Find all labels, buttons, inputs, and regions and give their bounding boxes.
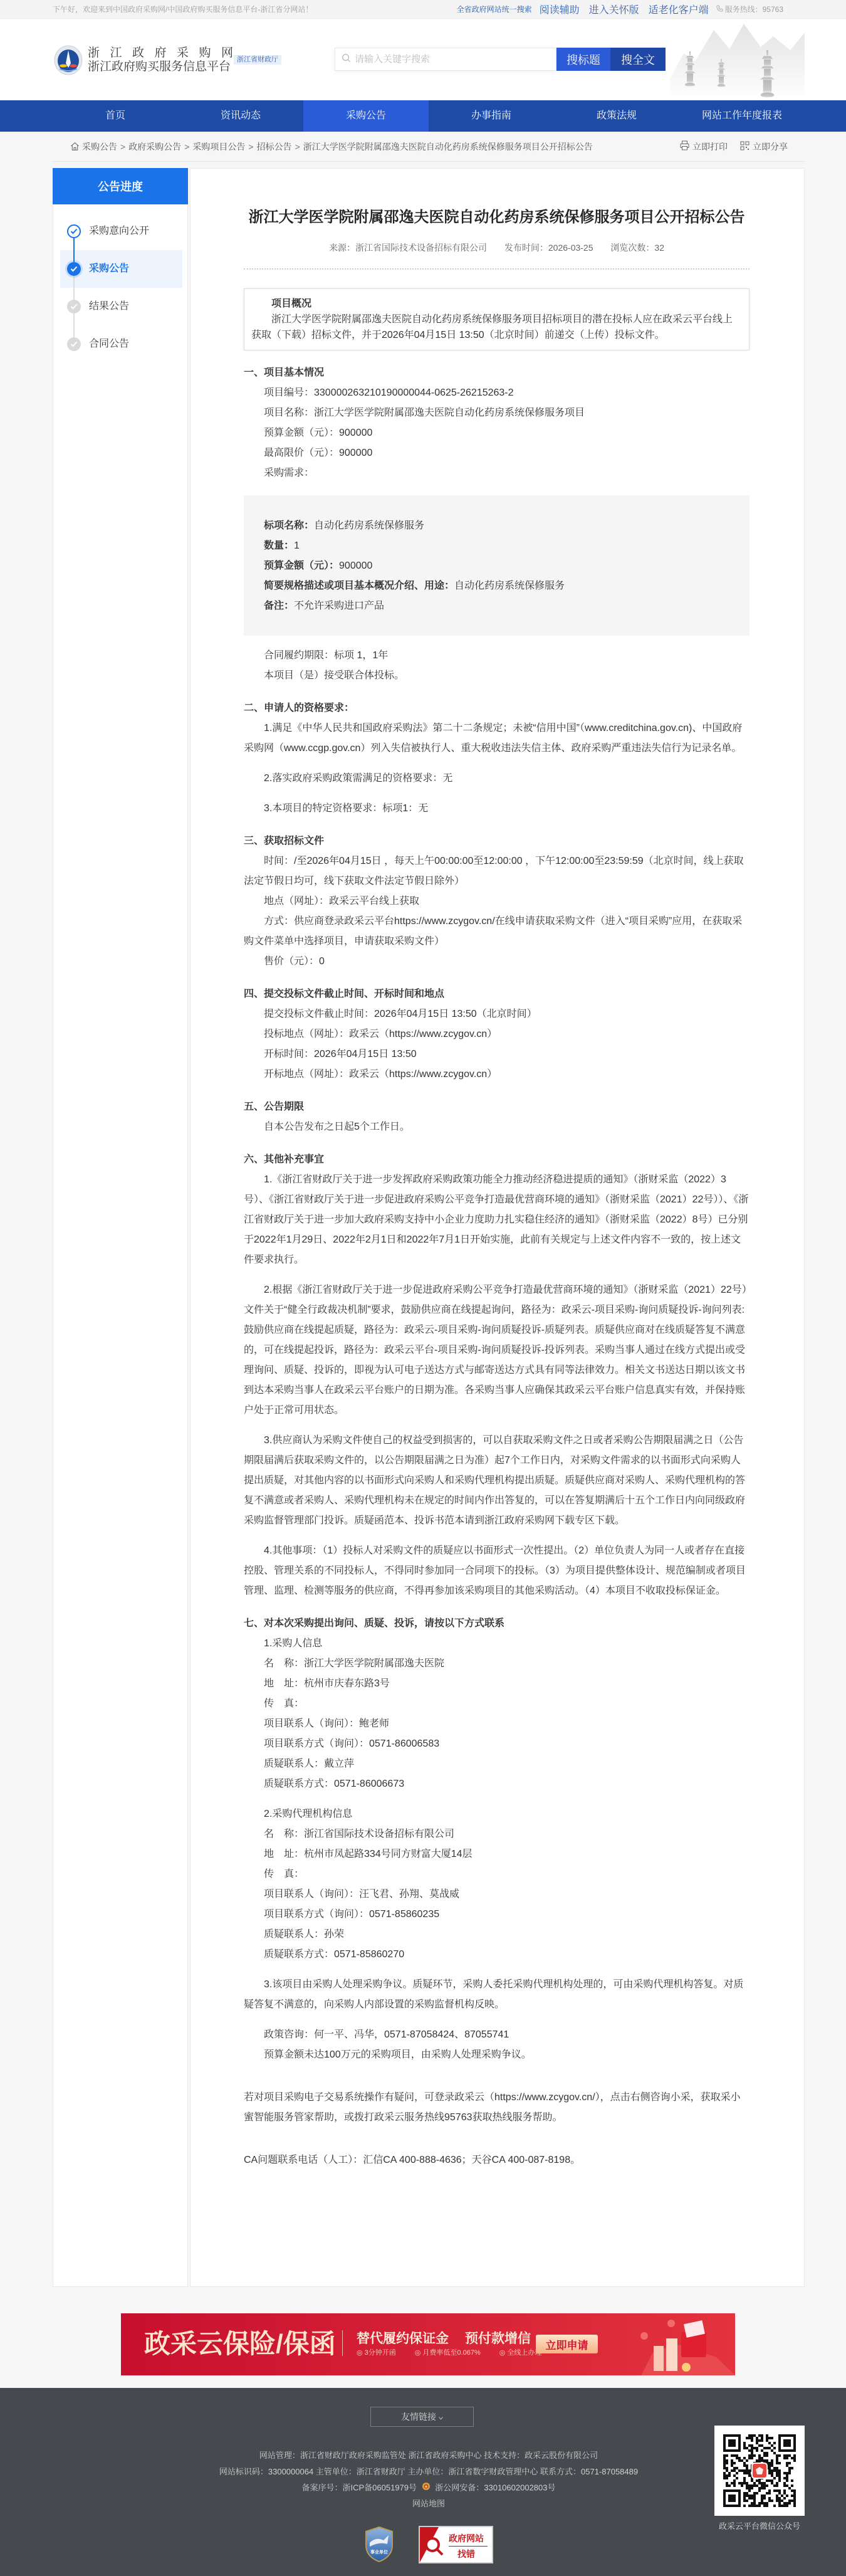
banner-slogan: 替代履约保证金 bbox=[357, 2332, 449, 2346]
breadcrumb-current: 浙江大学医学院附属邵逸夫医院自动化药房系统保修服务项目公开招标公告 bbox=[303, 140, 593, 153]
police-badge-icon bbox=[422, 2481, 431, 2495]
gov-site-error-report-badge[interactable]: 政府网站 找错 bbox=[419, 2526, 493, 2563]
breadcrumb-bar: 采购公告 > 政府采购公告 > 采购项目公告 > 招标公告 > 浙江大学医学院附… bbox=[0, 132, 846, 162]
banner-slogans: 替代履约保证金预付款增信 bbox=[357, 2331, 547, 2347]
paragraph: 2.落实政府采购政策需满足的资格要求：无 bbox=[244, 769, 749, 789]
main-nav: 首页 资讯动态 采购公告 办事指南 政策法规 网站工作年度报表 bbox=[0, 100, 846, 132]
paragraph: 开标时间：2026年04月15日 13:50 bbox=[244, 1044, 749, 1065]
check-circle-icon bbox=[67, 300, 81, 313]
view-count: 浏览次数：32 bbox=[610, 243, 664, 253]
site-footer: 友情链接 网站管理：浙江省财政厅政府采购监管处 浙江省政府采购中心 技术支持：政… bbox=[0, 2388, 846, 2576]
paragraph: 质疑联系人：戴立萍 bbox=[244, 1754, 749, 1774]
step-label: 合同公告 bbox=[89, 325, 129, 363]
requirement-row: 预算金额（元）：900000 bbox=[264, 556, 729, 576]
procurement-requirement-box: 标项名称：自动化药房系统保修服务数量：1预算金额（元）：900000简要规格描述… bbox=[244, 495, 749, 636]
paragraph: 质疑联系方式：0571-86006673 bbox=[244, 1774, 749, 1794]
step-connector bbox=[73, 313, 75, 337]
banner-features: ◎ 3分钟开函◎ 月费率低至0.067%◎ 全线上办理 bbox=[357, 2348, 560, 2357]
magnifier-icon bbox=[420, 2527, 447, 2562]
home-icon[interactable] bbox=[70, 142, 80, 151]
error-badge-line2: 找错 bbox=[457, 2548, 475, 2560]
nav-procurement-notices[interactable]: 采购公告 bbox=[303, 100, 429, 132]
paragraph: 项目联系方式（询问）：0571-85860235 bbox=[244, 1905, 749, 1925]
paragraph: 3.本项目的特定资格要求：标项1：无 bbox=[244, 799, 749, 819]
paragraph: CA问题联系电话（人工）：汇信CA 400-888-4636；天谷CA 400-… bbox=[244, 2150, 749, 2170]
breadcrumb-gov-procurement[interactable]: 政府采购公告 bbox=[128, 140, 181, 153]
site-header: 浙江政府采购网 浙江政府购买服务信息平台 浙江省财政厅 搜标题 搜全文 bbox=[0, 19, 846, 100]
paragraph: 传 真： bbox=[244, 1694, 749, 1714]
paragraph: 项目名称：浙江大学医学院附属邵逸夫医院自动化药房系统保修服务项目 bbox=[244, 403, 749, 423]
page-tools: 立即打印 立即分享 bbox=[680, 132, 788, 161]
share-label: 立即分享 bbox=[753, 140, 788, 153]
paragraph: 1.采购人信息 bbox=[244, 1634, 749, 1654]
breadcrumb-procurement-notices[interactable]: 采购公告 bbox=[82, 140, 117, 153]
qr-code-icon bbox=[723, 2434, 796, 2507]
insurance-guarantee-banner[interactable]: 政采云保险/保函 替代履约保证金预付款增信 ◎ 3分钟开函◎ 月费率低至0.06… bbox=[121, 2313, 735, 2375]
progress-steps: 采购意向公开 采购公告 结果公告 合同公告 bbox=[53, 204, 187, 363]
icp-link[interactable]: 备案序号：浙ICP备06051979号 bbox=[302, 2483, 417, 2492]
paragraph: 最高限价（元）：900000 bbox=[244, 443, 749, 463]
paragraph: 采购需求： bbox=[244, 463, 749, 483]
step-contract-notice[interactable]: 合同公告 bbox=[60, 325, 182, 363]
qr-label: 政采云平台微信公众号 bbox=[714, 2520, 805, 2531]
paragraph: 名 称：浙江大学医学院附属邵逸夫医院 bbox=[244, 1654, 749, 1674]
top-bar: 下午好，欢迎来到中国政府采购网/中国政府购买服务信息平台-浙江省分网站！ 全省政… bbox=[0, 0, 846, 19]
hotline: 服务热线：95763 bbox=[716, 4, 783, 14]
banner-title: 政采云保险/保函 bbox=[144, 2328, 336, 2360]
province-search-link[interactable]: 全省政府网站统一搜索 bbox=[457, 4, 532, 14]
paragraph: 预算金额（元）：900000 bbox=[244, 423, 749, 443]
main-area: 公告进度 采购意向公开 采购公告 结果公告 合同公告 浙 bbox=[53, 168, 805, 2287]
paragraph: 售价（元）：0 bbox=[244, 952, 749, 972]
step-connector bbox=[73, 238, 75, 262]
notice-progress-sidebar: 公告进度 采购意向公开 采购公告 结果公告 合同公告 bbox=[53, 168, 188, 2287]
search-title-button[interactable]: 搜标题 bbox=[556, 48, 610, 71]
search-box bbox=[335, 48, 556, 71]
dotted-divider bbox=[244, 268, 749, 270]
paragraph: 名 称：浙江省国际技术设备招标有限公司 bbox=[244, 1824, 749, 1844]
nav-annual-report[interactable]: 网站工作年度报表 bbox=[679, 100, 805, 132]
sitemap-link[interactable]: 网站地图 bbox=[412, 2499, 445, 2508]
mountain-pagoda-decoration bbox=[670, 19, 805, 100]
logo-subtitle: 浙江政府购买服务信息平台 bbox=[88, 60, 244, 74]
nav-service-guide[interactable]: 办事指南 bbox=[429, 100, 554, 132]
paragraph: 自本公告发布之日起5个工作日。 bbox=[244, 1117, 749, 1137]
paragraph: 政策咨询：何一平、冯华，0571-87058424、87055741 bbox=[244, 2025, 749, 2045]
requirement-value: 自动化药房系统保修服务 bbox=[314, 520, 424, 531]
paragraph: 传 真： bbox=[244, 1864, 749, 1885]
paragraph: 地 址：杭州市庆春东路3号 bbox=[244, 1674, 749, 1694]
section-heading: 七、对本次采购提出询问、质疑、投诉，请按以下方式联系 bbox=[244, 1614, 749, 1634]
check-circle-icon bbox=[67, 224, 81, 238]
step-procurement-intention[interactable]: 采购意向公开 bbox=[60, 213, 182, 250]
summary-heading: 项目概况 bbox=[251, 296, 741, 312]
section-heading: 一、项目基本情况 bbox=[244, 363, 749, 383]
step-label: 采购公告 bbox=[89, 250, 129, 288]
paragraph: 合同履约期限：标项 1，1年 bbox=[244, 646, 749, 666]
check-circle-icon bbox=[67, 337, 81, 351]
paragraph: 2.采购代理机构信息 bbox=[244, 1804, 749, 1824]
paragraph: 质疑联系方式：0571-85860270 bbox=[244, 1945, 749, 1965]
banner-feature: ◎ 月费率低至0.067% bbox=[415, 2349, 481, 2357]
wechat-qr-code bbox=[714, 2426, 805, 2516]
share-button[interactable]: 立即分享 bbox=[740, 140, 788, 153]
logo-text: 浙江政府采购网 浙江政府购买服务信息平台 bbox=[88, 46, 244, 74]
chevron-down-icon bbox=[439, 2412, 443, 2422]
search-icon bbox=[342, 53, 351, 66]
requirement-row: 标项名称：自动化药房系统保修服务 bbox=[264, 516, 729, 536]
step-label: 结果公告 bbox=[89, 288, 129, 325]
logo-title: 浙江政府采购网 bbox=[88, 46, 244, 60]
paragraph: 1.满足《中华人民共和国政府采购法》第二十二条规定；未被“信用中国”（www.c… bbox=[244, 718, 749, 759]
nav-news[interactable]: 资讯动态 bbox=[178, 100, 303, 132]
elderly-client-link[interactable]: 适老化客户端 bbox=[649, 2, 709, 16]
requirement-row: 备注：不允许采购进口产品 bbox=[264, 596, 729, 616]
banner-slogan: 预付款增信 bbox=[465, 2332, 531, 2346]
sidebar-title: 公告进度 bbox=[53, 168, 188, 204]
paragraph: 3.供应商认为采购文件使自己的权益受到损害的，可以自获取采购文件之日或者采购公告… bbox=[244, 1431, 749, 1531]
paragraph: 若对项目采购电子交易系统操作有疑问，可登录政采云（https://www.zcy… bbox=[244, 2088, 749, 2128]
search-input[interactable] bbox=[355, 54, 543, 65]
error-badge-rule bbox=[449, 2546, 488, 2547]
qr-share-icon bbox=[740, 141, 749, 152]
banner-feature: ◎ 3分钟开函 bbox=[357, 2349, 396, 2357]
paragraph: 投标地点（网址）：政采云（https://www.zcygov.cn） bbox=[244, 1024, 749, 1044]
paragraph: 2.根据《浙江省财政厅关于进一步促进政府采购公平竞争打造最优营商环境的通知》（浙… bbox=[244, 1280, 749, 1421]
top-links: 全省政府网站统一搜索 阅读辅助 进入关怀版 适老化客户端 服务热线：95763 bbox=[457, 2, 805, 16]
requirement-label: 备注： bbox=[264, 601, 294, 611]
requirement-label: 标项名称： bbox=[264, 520, 314, 531]
requirement-row: 数量：1 bbox=[264, 536, 729, 556]
step-label: 采购意向公开 bbox=[89, 213, 149, 250]
requirement-row: 简要规格描述或项目基本概况介绍、用途：自动化药房系统保修服务 bbox=[264, 576, 729, 596]
reading-assist-link[interactable]: 阅读辅助 bbox=[540, 2, 580, 16]
requirement-value: 1 bbox=[294, 540, 300, 551]
friendly-links-label: 友情链接 bbox=[401, 2410, 436, 2423]
phone-icon bbox=[716, 5, 723, 14]
paragraph: 项目联系人（询问）：汪飞君、孙翔、莫战威 bbox=[244, 1885, 749, 1905]
apply-now-button[interactable]: 立即申请 bbox=[536, 2335, 598, 2353]
city-illustration-icon bbox=[616, 2313, 735, 2375]
paragraph: 预算金额未达100万元的采购项目，由采购人处理采购争议。 bbox=[244, 2045, 749, 2065]
article-body: 一、项目基本情况项目编号：330000263210190000044-0625-… bbox=[244, 363, 749, 2170]
publish-date: 发布时间：2026-03-25 bbox=[504, 243, 593, 253]
print-button[interactable]: 立即打印 bbox=[680, 140, 728, 153]
paragraph: 开标地点（网址）：政采云（https://www.zcygov.cn） bbox=[244, 1065, 749, 1085]
section-heading: 三、获取招标文件 bbox=[244, 831, 749, 851]
breadcrumb-project-notices[interactable]: 采购项目公告 bbox=[192, 140, 245, 153]
paragraph: 本项目（是）接受联合体投标。 bbox=[244, 666, 749, 686]
search-bar: 搜标题 搜全文 bbox=[335, 48, 666, 71]
footer-sitemap-row: 网站地图 bbox=[53, 2498, 805, 2510]
page-title: 浙江大学医学院附属邵逸夫医院自动化药房系统保修服务项目公开招标公告 bbox=[244, 206, 749, 229]
paragraph: 1.《浙江省财政厅关于进一步发挥政府采购政策功能全力推动经济稳进提质的通知》（浙… bbox=[244, 1170, 749, 1270]
section-heading: 四、提交投标文件截止时间、开标时间和地点 bbox=[244, 984, 749, 1004]
paragraph: 地 址：杭州市凤起路334号同方财富大厦14层 bbox=[244, 1844, 749, 1864]
source-text: 来源：浙江省国际技术设备招标有限公司 bbox=[329, 243, 487, 253]
requirement-value: 900000 bbox=[339, 560, 372, 571]
paragraph: 地点（网址）：政采云平台线上获取 bbox=[244, 891, 749, 912]
summary-text: 浙江大学医学院附属邵逸夫医院自动化药房系统保修服务项目招标项目的潜在投标人应在政… bbox=[251, 312, 741, 343]
breadcrumb-separator: > bbox=[120, 142, 125, 152]
paragraph: 3.该项目由采购人处理采购争议。质疑环节，采购人委托采购代理机构处理的，可由采购… bbox=[244, 1975, 749, 2015]
institution-badge-label: 事业单位 bbox=[365, 2549, 394, 2555]
section-heading: 五、公告期限 bbox=[244, 1097, 749, 1117]
print-label: 立即打印 bbox=[692, 140, 728, 153]
paragraph: 提交投标文件截止时间：2026年04月15日 13:50（北京时间） bbox=[244, 1004, 749, 1024]
friendly-links-dropdown[interactable]: 友情链接 bbox=[370, 2407, 474, 2427]
printer-icon bbox=[680, 140, 689, 152]
breadcrumb-separator: > bbox=[295, 142, 300, 152]
breadcrumb: 采购公告 > 政府采购公告 > 采购项目公告 > 招标公告 > 浙江大学医学院附… bbox=[53, 132, 805, 162]
paragraph: 质疑联系人：孙荣 bbox=[244, 1925, 749, 1945]
error-badge-line1: 政府网站 bbox=[449, 2532, 484, 2545]
paragraph: 项目联系人（询问）：鲍老师 bbox=[244, 1714, 749, 1734]
requirement-label: 简要规格描述或项目基本概况介绍、用途： bbox=[264, 581, 454, 591]
nav-home[interactable]: 首页 bbox=[53, 100, 178, 132]
institution-badge[interactable]: 事业单位 bbox=[365, 2526, 394, 2562]
notice-content: 浙江大学医学院附属邵逸夫医院自动化药房系统保修服务项目公开招标公告 来源：浙江省… bbox=[190, 168, 805, 2287]
step-result-notice[interactable]: 结果公告 bbox=[60, 288, 182, 325]
footer-identity: 网站标识码：3300000064 主管单位：浙江省财政厅 主办单位：浙江省数字财… bbox=[53, 2466, 805, 2478]
shield-icon bbox=[365, 2526, 394, 2562]
search-fulltext-button[interactable]: 搜全文 bbox=[610, 48, 666, 71]
greeting-text: 下午好，欢迎来到中国政府采购网/中国政府购买服务信息平台-浙江省分网站！ bbox=[53, 4, 313, 14]
site-logo[interactable]: 浙江政府采购网 浙江政府购买服务信息平台 bbox=[54, 45, 244, 75]
hotline-text: 服务热线：95763 bbox=[725, 4, 783, 14]
emblem-icon bbox=[54, 45, 83, 75]
paragraph: 方式：供应商登录政采云平台https://www.zcygov.cn/在线申请获… bbox=[244, 912, 749, 952]
check-circle-icon bbox=[67, 262, 81, 276]
requirement-value: 自动化药房系统保修服务 bbox=[454, 581, 565, 591]
paragraph: 项目联系方式（询问）：0571-86006583 bbox=[244, 1734, 749, 1754]
breadcrumb-separator: > bbox=[248, 142, 253, 152]
project-summary-box: 项目概况 浙江大学医学院附属邵逸夫医院自动化药房系统保修服务项目招标项目的潜在投… bbox=[244, 288, 749, 350]
paragraph: 4.其他事项：（1）投标人对采购文件的质疑应以书面形式一次性提出。（2）单位负责… bbox=[244, 1541, 749, 1601]
section-heading: 二、申请人的资格要求： bbox=[244, 698, 749, 718]
nav-policies[interactable]: 政策法规 bbox=[554, 100, 679, 132]
banner-divider bbox=[342, 2330, 343, 2356]
care-version-link[interactable]: 进入关怀版 bbox=[589, 2, 639, 16]
finance-dept-badge[interactable]: 浙江省财政厅 bbox=[234, 55, 281, 65]
footer-registration: 备案序号：浙ICP备06051979号 浙公网安备：33010602002803… bbox=[53, 2481, 805, 2495]
article-meta: 来源：浙江省国际技术设备招标有限公司 发布时间：2026-03-25 浏览次数：… bbox=[244, 241, 749, 254]
paragraph: 项目编号：330000263210190000044-0625-26215263… bbox=[244, 383, 749, 403]
police-record-link[interactable]: 浙公网安备：33010602002803号 bbox=[435, 2483, 555, 2492]
step-connector bbox=[73, 276, 75, 300]
step-procurement-notice[interactable]: 采购公告 bbox=[60, 250, 182, 288]
section-heading: 六、其他补充事宜 bbox=[244, 1150, 749, 1170]
footer-management: 网站管理：浙江省财政厅政府采购监管处 浙江省政府采购中心 技术支持：政采云股份有… bbox=[53, 2449, 805, 2462]
requirement-label: 数量： bbox=[264, 540, 294, 551]
paragraph: 时间：/至2026年04月15日 ，每天上午00:00:00至12:00:00 … bbox=[244, 851, 749, 891]
requirement-label: 预算金额（元）： bbox=[264, 560, 339, 571]
requirement-value: 不允许采购进口产品 bbox=[294, 601, 384, 611]
breadcrumb-separator: > bbox=[184, 142, 189, 152]
breadcrumb-tender-notices[interactable]: 招标公告 bbox=[257, 140, 292, 153]
